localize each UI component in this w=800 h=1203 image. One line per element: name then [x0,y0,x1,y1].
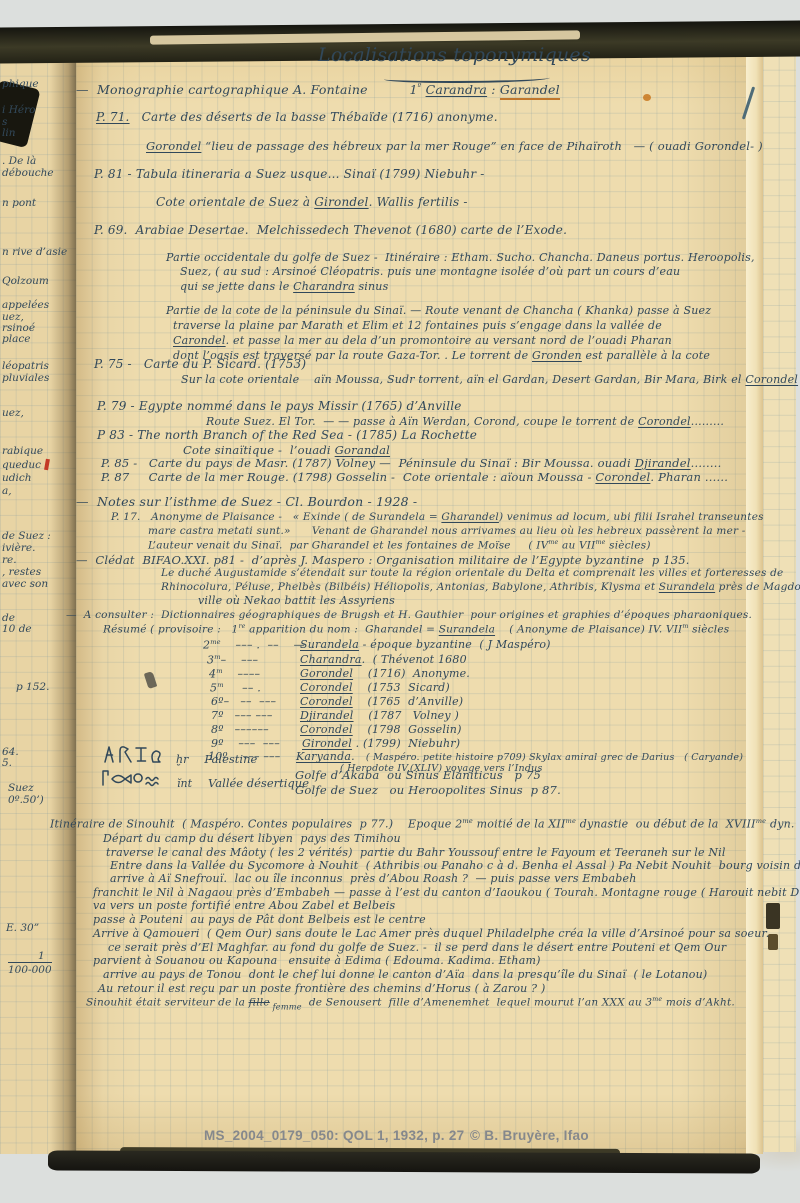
hieroglyph-translation: Palestine [204,752,257,766]
margin-fragment: débouche [2,167,54,179]
manuscript-line: Corondel (1765 d’Anville) [300,696,463,708]
manuscript-line: — Notes sur l’isthme de Suez - Cl. Bourd… [76,495,417,508]
manuscript-line: P. 17. Anonyme de Plaisance - « Exinde (… [111,512,764,523]
margin-fragment: rabique [2,445,43,457]
margin-fragment: a, [2,485,12,497]
manuscript-line: Gorondel (1716) Anonyme. [300,668,470,680]
manuscript-line: 3m– ––– [207,654,258,666]
manuscript-line: Corondel (1753 Sicard) [300,682,450,694]
manuscript-line: Cote sinaïtique - l’ouadi Gorandal [183,444,390,456]
hieroglyph-row: ḫrPalestine [100,742,257,766]
margin-fragment: p 152. [16,681,49,693]
manuscript-line: Le duché Augustamide s’étendait sur tout… [161,568,783,579]
manuscript-line: ce serait près d’El Maghfar. au fond du … [108,942,726,954]
manuscript-line: 4m –––– [209,668,260,680]
manuscript-line: Girondel . (1799) Niebuhr) [302,738,460,750]
margin-fragment: udich [2,472,32,484]
hieroglyph-signs-icon [97,766,163,790]
manuscript-line: Carondel. et passe la mer au dela d’un p… [173,335,672,347]
margin-fragment: place [2,333,30,345]
manuscript-line: P. 79 - Egypte nommé dans le pays Missir… [97,400,462,413]
margin-fragment: uez, [2,407,24,419]
ink-stain [643,94,651,101]
manuscript-line: arrive à Aï Snefrouï. lac ou île inconnu… [110,873,637,885]
manuscript-line: P. 71. Carte des déserts de la basse Thé… [96,111,498,124]
margin-fragment: n pont [2,197,36,209]
torn-paper-mark [766,903,780,929]
manuscript-line: parvient à Souanou ou Kapouna ensuite à … [93,955,541,967]
margin-fragment: . De là [2,155,36,167]
margin-fragment: n rive d’asie [2,246,67,258]
manuscript-line: Résumé ( provisoire : 1re apparition du … [103,624,729,636]
manuscript-line: 6º– –– ––– [211,696,276,708]
margin-fragment: ivière. [2,542,35,554]
manuscript-line: P. 85 - Carte du pays de Masr. (1787) Vo… [101,457,721,469]
manuscript-line: Cote orientale de Suez à Girondel. Walli… [156,196,468,209]
margin-fragment: de Suez : [2,530,51,542]
manuscript-line: mare castra metati sunt.» Venant de Ghar… [148,526,746,537]
manuscript-line: franchit le Nil à Nagaou près d’Embabeh … [93,887,800,899]
underlying-page-edge [763,54,796,1152]
manuscript-line: Route Suez. El Tor. — — passe à Aïn Werd… [206,416,724,428]
manuscript-line: 7º ––– ––– [211,710,273,722]
manuscript-line: P. 87 Carte de la mer Rouge. (1798) Goss… [101,471,728,483]
manuscript-line: 2me ––– . –– — [203,639,305,651]
manuscript-line: passe à Pouteni au pays de Pât dont Belb… [93,914,426,926]
margin-fragment: phique [2,78,39,90]
margin-fragment: 10 de [2,623,32,635]
manuscript-line: Sinouhit était serviteur de la fille fem… [86,997,735,1011]
manuscript-line: arrive au pays de Tonou dont le chef lui… [103,969,707,981]
book-bottom-edge [48,1150,760,1173]
manuscript-line: Sur la cote orientale aïn Moussa, Sudr t… [181,374,798,386]
manuscript-line: — Clédat BIFAO.XXI. p81 - d’après J. Mas… [76,554,690,566]
manuscript-line: Partie occidentale du golfe de Suez - It… [166,252,755,264]
manuscript-line: Entre dans la Vallée du Sycomore à Nouhi… [110,860,800,872]
scanned-notebook-photo: MS_2004_0179_050: QOL 1, 1932, p. 27 © B… [0,0,800,1203]
caption-credit: © B. Bruyère, Ifao [470,1128,589,1143]
manuscript-line: qui se jette dans le Charandra sinus [180,281,388,293]
manuscript-line: P. 75 - Carte du P. Sicard. (1753) [94,358,306,371]
margin-fragment: queduc [2,459,49,471]
manuscript-line: va vers un poste fortifié entre Abou Zab… [93,900,395,912]
margin-fragment: re. [2,554,17,566]
hieroglyph-transliteration: ĭnt [177,777,192,790]
manuscript-line: L’auteur venait du Sinaï. par Gharandel … [148,540,651,552]
hieroglyph-signs-icon [100,742,162,766]
hieroglyph-row: ĭntVallée désertique [97,766,309,790]
margin-fragment: , restes [2,566,41,578]
manuscript-line: Charandra. ( Thévenot 1680 [300,654,467,666]
manuscript-line: Corondel (1798 Gosselin) [300,724,462,736]
manuscript-line: 5m –– . [210,682,261,694]
manuscript-line: Karyanda. ( Maspéro. petite histoire p70… [296,751,743,763]
manuscript-line: Départ du camp du désert libyen pays des… [103,833,401,845]
manuscript-line: Golfe de Suez ou Heroopolites Sinus p 87… [295,784,561,796]
manuscript-line: Golfe d’Akaba ou Sinus Elaniticus p 75 [295,769,541,781]
page-title: Localisations toponymiques [318,46,591,66]
manuscript-line: 8º –––––– [211,724,269,736]
caption-id: MS_2004_0179_050: QOL 1, 1932, p. 27 [204,1128,464,1143]
hieroglyph-translation: Vallée désertique [208,776,309,790]
margin-fragment: E. 30” [6,922,39,934]
margin-fragment: lin [2,127,15,139]
manuscript-line: P 83 - The north Branch of the Red Sea -… [97,429,477,442]
hieroglyph-transliteration: ḫr [176,753,188,766]
manuscript-line: ville où Nekao battit les Assyriens [198,595,395,607]
margin-fragment: Suez [8,782,34,794]
facing-page-edge [0,60,76,1154]
margin-fragment: i Héro [2,104,35,116]
manuscript-line: Arrive à Qamoueri ( Qem Our) sans doute … [93,928,770,940]
manuscript-line: Partie de la cote de la péninsule du Sin… [166,305,711,317]
page-edge-highlight [746,52,763,1154]
margin-fragment: avec son [2,578,48,590]
margin-fragment: appelées [2,299,49,311]
manuscript-line: P. 81 - Tabula itineraria a Suez usque..… [94,168,485,181]
manuscript-line: Itinéraire de Sinouhit ( Maspéro. Contes… [50,818,795,830]
margin-fragment: 100-000 [8,962,52,976]
manuscript-line: traverse la plaine par Marath et Elim et… [173,320,662,332]
margin-fragment: 0º.50’) [8,794,44,806]
margin-fragment: 5. [2,757,12,769]
manuscript-line: Djirandel (1787 Volney ) [300,710,459,722]
manuscript-line: Surandela - époque byzantine ( J Maspéro… [300,639,551,651]
manuscript-line: Suez, ( au sud : Arsinoé Cléopatris. pui… [180,266,680,278]
manuscript-line: Rhinocolura, Péluse, Phelbès (Bilbéis) H… [161,582,800,593]
manuscript-line: — Monographie cartographique A. Fontaine… [76,83,560,96]
manuscript-line: Au retour il est reçu par un poste front… [98,983,545,995]
margin-fragment: léopatris [2,360,49,372]
manuscript-line: — A consulter : Dictionnaires géographiq… [66,610,752,621]
margin-fragment: 1 [38,950,45,962]
manuscript-line: traverse le canal des Mâoty ( les 2 véri… [106,847,726,859]
manuscript-line: Gorondel “lieu de passage des hébreux pa… [146,140,763,152]
margin-fragment: pluviales [2,372,49,384]
manuscript-line: P. 69. Arabiae Desertae. Melchissedech T… [94,224,567,237]
margin-fragment: Qolzoum [2,275,49,287]
